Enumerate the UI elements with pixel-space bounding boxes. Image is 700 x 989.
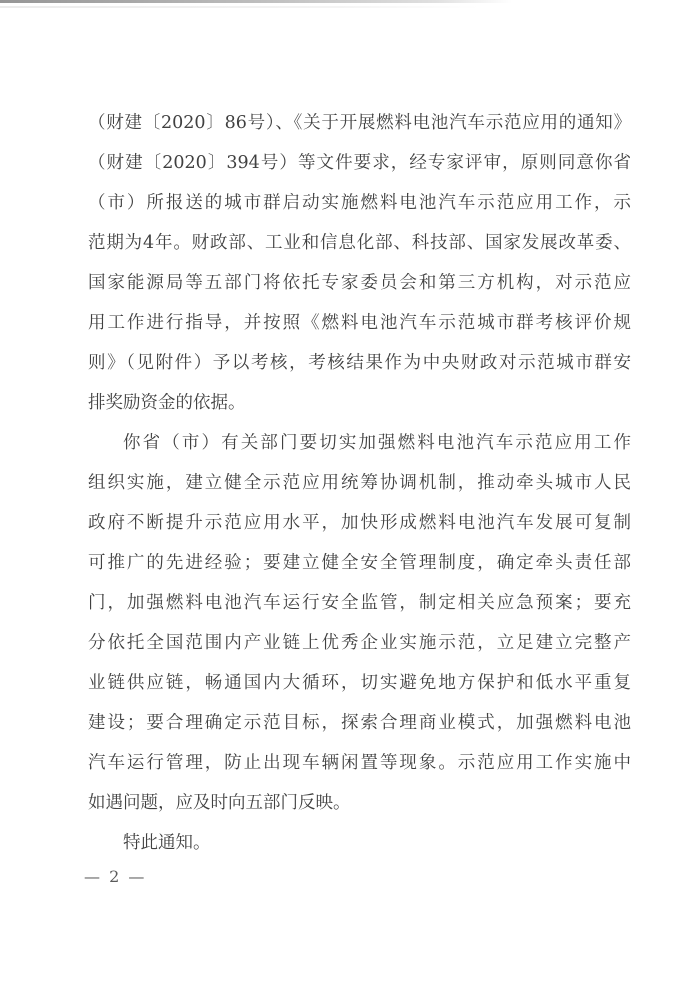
text-line: 如遇问题，应及时向五部门反映。	[88, 783, 631, 823]
text-line: 汽车运行管理，防止出现车辆闲置等现象。示范应用工作实施中	[88, 743, 631, 783]
text-line: 范期为4年。财政部、工业和信息化部、科技部、国家发展改革委、	[88, 223, 631, 263]
text-line: 门，加强燃料电池汽车运行安全监管，制定相关应急预案；要充	[88, 583, 631, 623]
page-number: — 2 —	[84, 862, 146, 892]
text-line: 组织实施，建立健全示范应用统筹协调机制，推动牵头城市人民	[88, 463, 631, 503]
text-line: （财建〔2020〕394号）等文件要求，经专家评审，原则同意你省	[88, 143, 631, 183]
text-line: （财建〔2020〕86号）、《关于开展燃料电池汽车示范应用的通知》	[88, 103, 631, 143]
scan-artifact-line-faint	[0, 6, 480, 8]
text-line: 则》（见附件）予以考核，考核结果作为中央财政对示范城市群安	[88, 343, 631, 383]
text-line: （市）所报送的城市群启动实施燃料电池汽车示范应用工作，示	[88, 183, 631, 223]
text-line: 政府不断提升示范应用水平，加快形成燃料电池汽车发展可复制	[88, 503, 631, 543]
text-line: 业链供应链，畅通国内大循环，切实避免地方保护和低水平重复	[88, 663, 631, 703]
text-line: 建设；要合理确定示范目标，探索合理商业模式，加强燃料电池	[88, 703, 631, 743]
document-body: （财建〔2020〕86号）、《关于开展燃料电池汽车示范应用的通知》（财建〔202…	[88, 103, 631, 863]
text-line: 可推广的先进经验；要建立健全安全管理制度，确定牵头责任部	[88, 543, 631, 583]
text-line: 分依托全国范围内产业链上优秀企业实施示范，立足建立完整产	[88, 623, 631, 663]
text-line: 用工作进行指导，并按照《燃料电池汽车示范城市群考核评价规	[88, 303, 631, 343]
text-line: 你省（市）有关部门要切实加强燃料电池汽车示范应用工作	[88, 423, 631, 463]
scanned-document-page: （财建〔2020〕86号）、《关于开展燃料电池汽车示范应用的通知》（财建〔202…	[0, 0, 700, 989]
text-line: 国家能源局等五部门将依托专家委员会和第三方机构，对示范应	[88, 263, 631, 303]
scan-artifact-line	[0, 0, 512, 3]
text-line: 特此通知。	[88, 823, 631, 863]
text-line: 排奖励资金的依据。	[88, 383, 631, 423]
